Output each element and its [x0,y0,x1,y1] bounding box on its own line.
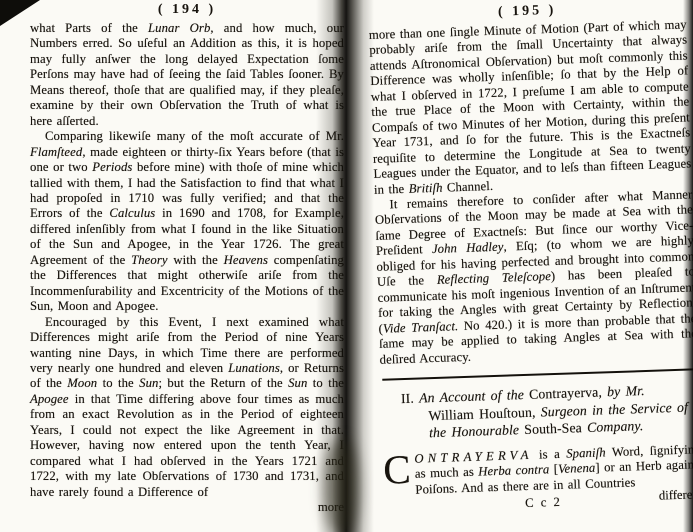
text-segment: , and how much, our Numbers erred. So uſ… [30,21,344,128]
text-segment: An Account of the [419,387,530,406]
text-segment: , by Mr. [598,383,645,400]
text-segment: ; but the Return of the [158,376,288,390]
text-segment: South-Sea [524,420,587,437]
page-left: ( 194 ) what Parts of the Lunar Orb, and… [30,2,344,516]
gutter-ink-blot [324,440,358,532]
text-segment: William Houſtoun, [428,404,541,423]
text-segment: more than one ſingle Minute of Motion (P… [369,17,692,196]
text-segment: Moon [67,376,97,390]
scan-right-edge-shadow [683,0,693,532]
text-segment: with the [168,253,224,267]
text-segment: Calculus [109,206,155,220]
text-segment: II. [401,390,420,406]
paragraph: Encouraged by this Event, I next examine… [30,315,344,500]
text-segment: Theory [131,253,168,267]
signature-mark: C c 2 [525,495,562,510]
text-segment: Flamſteed [30,145,82,159]
text-segment: Herba contra [478,462,550,478]
text-segment: Venena [558,461,596,476]
text-segment: in that Time differing above four times … [30,392,344,499]
paragraph: what Parts of the Lunar Orb, and how muc… [30,21,344,129]
book-scan: ( 194 ) what Parts of the Lunar Orb, and… [0,0,693,532]
text-segment: Sun [139,376,158,390]
paragraph: Comparing likewiſe many of the moſt accu… [30,129,344,314]
text-segment: Apogee [30,392,69,406]
text-segment: Periods [92,160,132,174]
text-segment: Contrayerva [529,385,599,402]
page-number-left: ( 194 ) [30,2,344,18]
text-segment: Lunar Orb [148,21,210,35]
text-segment: Company. [587,418,644,435]
paragraph: more than one ſingle Minute of Motion (P… [369,17,692,197]
text-segment: Vide Tranſact. [383,319,459,335]
text-segment: Lunations [228,361,280,375]
catchword-left: more [30,500,344,515]
drop-cap-letter: C [383,451,416,485]
text-segment: Britiſh [408,180,442,195]
dropcap-paragraph-text: ONTRAYERVA is a Spaniſh Word, ſignifying… [414,442,693,496]
page-left-body: what Parts of the Lunar Orb, and how muc… [30,21,344,500]
page-right: ( 195 ) more than one ſingle Minute of M… [368,0,693,516]
text-segment: Heavens [224,253,268,267]
section-heading: II. An Account of the Contrayerva, by Mr… [401,380,693,442]
text-segment: Spaniſh [566,445,606,460]
text-segment: what Parts of the [30,21,148,35]
paragraph: It remains therefore to conſider after w… [374,187,693,367]
text-segment: John Hadley [432,240,504,256]
text-segment: Channel. [442,178,493,194]
section-divider-rule [382,368,693,380]
text-segment: Comparing likewiſe many of the moſt accu… [45,129,344,143]
page-right-body: more than one ſingle Minute of Motion (P… [369,17,693,367]
text-segment: to the [97,376,139,390]
text-segment: is a [532,446,566,461]
text-segment: Sun [288,376,307,390]
